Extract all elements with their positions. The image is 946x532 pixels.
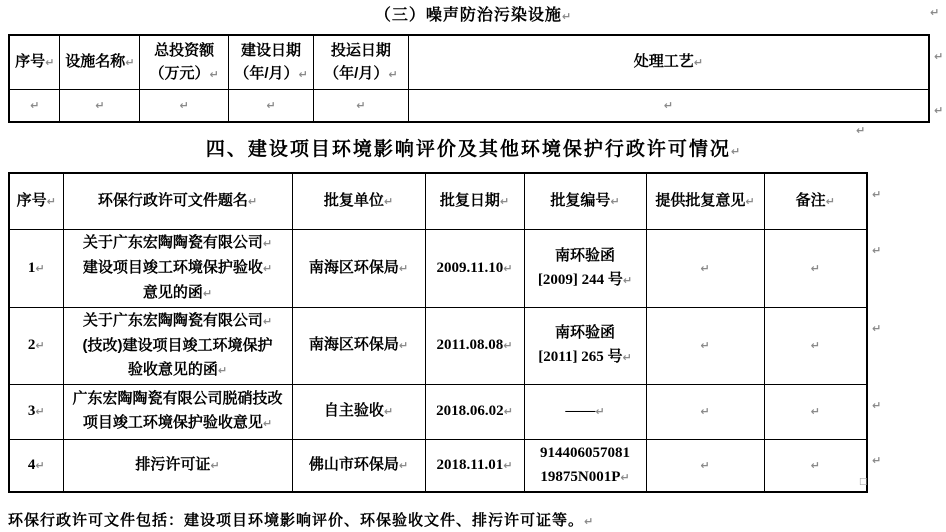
paragraph-mark: ↵ xyxy=(700,262,709,275)
empty-cell-total-investment: ↵ xyxy=(140,89,229,122)
paragraph-mark: ↵ xyxy=(35,339,44,352)
header-cell-approval-date: 批复日期↵ xyxy=(425,173,524,229)
cell-approval-date: 2009.11.10↵ xyxy=(425,229,524,307)
paragraph-mark: ↵ xyxy=(210,459,219,472)
paragraph-mark: ↵ xyxy=(811,339,820,352)
cell-permit-doc-title: 广东宏陶陶瓷有限公司脱硝技改项目竣工环境保护验收意见↵ xyxy=(63,384,292,439)
paragraph-mark: ↵ xyxy=(503,459,512,472)
header-cell-seq: 序号↵ xyxy=(9,35,60,89)
paragraph-mark: ↵ xyxy=(388,68,397,81)
paragraph-mark: ↵ xyxy=(125,56,134,69)
noise-table-empty-row: ↵ ↵ ↵ ↵ ↵ ↵ ↵ xyxy=(9,89,945,122)
paragraph-mark: ↵ xyxy=(623,274,632,287)
paragraph-mark: ↵ xyxy=(503,262,512,275)
paragraph-mark: ↵ xyxy=(35,459,44,472)
cell-approval-date: 2011.08.08↵ xyxy=(425,307,524,384)
paragraph-mark: ↵ xyxy=(934,104,943,117)
paragraph-mark: ↵ xyxy=(872,322,881,335)
paragraph-mark: ↵ xyxy=(934,50,943,63)
row-end-mark-cell: ↵ xyxy=(867,229,883,307)
cell-approval-agency: 南海区环保局↵ xyxy=(292,307,425,384)
row-end-mark-cell: ↵ xyxy=(867,173,883,229)
permits-table-row: 2↵ 关于广东宏陶陶瓷有限公司↵(技改)建设项目竣工环境保护验收意见的函↵ 南海… xyxy=(9,307,883,384)
header-cell-operation-date: 投运日期（年/月）↵ xyxy=(313,35,408,89)
paragraph-mark: ↵ xyxy=(384,195,393,208)
paragraph-mark: ↵ xyxy=(811,262,820,275)
paragraph-mark: ↵ xyxy=(218,364,227,377)
paragraph-mark: ↵ xyxy=(731,145,740,158)
cell-approval-number: 南环验函[2011] 265 号↵ xyxy=(524,307,646,384)
paragraph-mark: ↵ xyxy=(620,471,629,484)
header-cell-approval-opinion: 提供批复意见↵ xyxy=(646,173,764,229)
paragraph-mark: ↵ xyxy=(266,99,275,112)
empty-cell-seq: ↵ xyxy=(9,89,60,122)
paragraph-mark: ↵ xyxy=(700,339,709,352)
header-cell-total-investment: 总投资额（万元）↵ xyxy=(140,35,229,89)
paragraph-mark: ↵ xyxy=(263,262,272,275)
paragraph-mark: ↵ xyxy=(811,459,820,472)
paragraph-mark: ↵ xyxy=(872,454,881,467)
paragraph-mark: ↵ xyxy=(826,195,835,208)
paragraph-mark: ↵ xyxy=(248,195,257,208)
cell-approval-date: 2018.11.01↵ xyxy=(425,439,524,492)
paragraph-mark: ↵ xyxy=(872,244,881,257)
cell-permit-doc-title: 排污许可证↵ xyxy=(63,439,292,492)
header-cell-facility-name: 设施名称↵ xyxy=(60,35,140,89)
permits-table-row: 1↵ 关于广东宏陶陶瓷有限公司↵建设项目竣工环境保护验收↵意见的函↵ 南海区环保… xyxy=(9,229,883,307)
cell-seq: 3↵ xyxy=(9,384,63,439)
cell-approval-opinion: ↵ xyxy=(646,229,764,307)
header-cell-treatment-process: 处理工艺↵ xyxy=(408,35,929,89)
paragraph-mark: ↵ xyxy=(210,68,219,81)
cell-remarks: ↵ xyxy=(764,229,867,307)
row-end-mark-cell: ↵ xyxy=(867,384,883,439)
empty-cell-construction-date: ↵ xyxy=(229,89,314,122)
header-cell-permit-doc-title: 环保行政许可文件题名↵ xyxy=(63,173,292,229)
paragraph-mark: ↵ xyxy=(263,417,272,430)
paragraph-mark: ↵ xyxy=(45,56,54,69)
cell-approval-agency: 自主验收↵ xyxy=(292,384,425,439)
paragraph-mark: ↵ xyxy=(872,399,881,412)
row-end-mark-cell: ↵ xyxy=(929,35,945,89)
paragraph-mark: ↵ xyxy=(745,195,754,208)
noise-facilities-table: 序号↵ 设施名称↵ 总投资额（万元）↵ 建设日期（年/月）↵ 投运日期（年/月）… xyxy=(8,34,946,123)
cell-remarks: ↵ xyxy=(764,384,867,439)
paragraph-mark: ↵ xyxy=(811,405,820,418)
paragraph-mark: ↵ xyxy=(95,99,104,112)
cell-seq: 4↵ xyxy=(9,439,63,492)
paragraph-mark: ↵ xyxy=(298,68,307,81)
cell-approval-opinion: ↵ xyxy=(646,307,764,384)
empty-cell-treatment-process: ↵ xyxy=(408,89,929,122)
paragraph-mark: ↵ xyxy=(399,262,408,275)
header-cell-seq: 序号↵ xyxy=(9,173,63,229)
paragraph-mark: ↵ xyxy=(872,188,881,201)
empty-cell-operation-date: ↵ xyxy=(313,89,408,122)
paragraph-mark: ↵ xyxy=(700,405,709,418)
permits-table: 序号↵ 环保行政许可文件题名↵ 批复单位↵ 批复日期↵ 批复编号↵ 提供批复意见… xyxy=(8,172,884,493)
cell-approval-number: ——↵ xyxy=(524,384,646,439)
paragraph-mark: ↵ xyxy=(263,237,272,250)
empty-cell-facility-name: ↵ xyxy=(60,89,140,122)
cell-remarks: ↵ xyxy=(764,439,867,492)
paragraph-mark: ↵ xyxy=(694,56,703,69)
header-cell-approval-agency: 批复单位↵ xyxy=(292,173,425,229)
cell-approval-number: 南环验函[2009] 244 号↵ xyxy=(524,229,646,307)
cell-approval-opinion: ↵ xyxy=(646,384,764,439)
paragraph-mark: ↵ xyxy=(47,195,56,208)
section-noise-title: （三）噪声防治污染设施↵ xyxy=(0,5,946,28)
cell-approval-agency: 南海区环保局↵ xyxy=(292,229,425,307)
paragraph-mark: ↵ xyxy=(30,99,39,112)
paragraph-mark: ↵ xyxy=(562,10,571,23)
header-cell-construction-date: 建设日期（年/月）↵ xyxy=(229,35,314,89)
paragraph-mark: ↵ xyxy=(500,195,509,208)
cell-approval-agency: 佛山市环保局↵ xyxy=(292,439,425,492)
document-page: （三）噪声防治污染设施↵ ↵ 序号↵ 设施名称↵ 总投资额（万元）↵ 建设日期（… xyxy=(0,0,946,532)
cell-permit-doc-title: 关于广东宏陶陶瓷有限公司↵(技改)建设项目竣工环境保护验收意见的函↵ xyxy=(63,307,292,384)
cell-seq: 1↵ xyxy=(9,229,63,307)
cell-permit-doc-title: 关于广东宏陶陶瓷有限公司↵建设项目竣工环境保护验收↵意见的函↵ xyxy=(63,229,292,307)
paragraph-mark: ↵ xyxy=(584,515,593,528)
table-anchor-square-mark: □ xyxy=(859,478,868,487)
cell-approval-number: 91440605708119875N001P↵ xyxy=(524,439,646,492)
header-cell-approval-number: 批复编号↵ xyxy=(524,173,646,229)
paragraph-mark: ↵ xyxy=(35,405,44,418)
paragraph-mark: ↵ xyxy=(399,339,408,352)
row-end-mark-cell: ↵ xyxy=(867,307,883,384)
paragraph-mark: ↵ xyxy=(399,459,408,472)
paragraph-mark: ↵ xyxy=(622,351,631,364)
paragraph-mark: ↵ xyxy=(504,405,513,418)
paragraph-mark: ↵ xyxy=(263,315,272,328)
paragraph-mark: ↵ xyxy=(203,287,212,300)
paragraph-mark: ↵ xyxy=(180,99,189,112)
paragraph-mark: ↵ xyxy=(503,339,512,352)
cell-remarks: ↵ xyxy=(764,307,867,384)
paragraph-mark: ↵ xyxy=(856,124,865,137)
paragraph-mark: ↵ xyxy=(664,99,673,112)
paragraph-mark: ↵ xyxy=(356,99,365,112)
footer-note: 环保行政许可文件包括：建设项目环境影响评价、环保验收文件、排污许可证等。↵ xyxy=(8,511,946,532)
permits-table-header-row: 序号↵ 环保行政许可文件题名↵ 批复单位↵ 批复日期↵ 批复编号↵ 提供批复意见… xyxy=(9,173,883,229)
paragraph-mark: ↵ xyxy=(595,405,604,418)
paragraph-mark: ↵ xyxy=(35,262,44,275)
paragraph-mark: ↵ xyxy=(610,195,619,208)
section-permits-title: 四、建设项目环境影响评价及其他环境保护行政许可情况↵ xyxy=(0,137,946,165)
cell-approval-date: 2018.06.02↵ xyxy=(425,384,524,439)
paragraph-mark: ↵ xyxy=(384,405,393,418)
row-end-mark-cell: ↵ xyxy=(867,439,883,492)
noise-table-header-row: 序号↵ 设施名称↵ 总投资额（万元）↵ 建设日期（年/月）↵ 投运日期（年/月）… xyxy=(9,35,945,89)
paragraph-mark: ↵ xyxy=(700,459,709,472)
cell-seq: 2↵ xyxy=(9,307,63,384)
row-end-mark-cell: ↵ xyxy=(929,89,945,122)
permits-table-row: 4↵ 排污许可证↵ 佛山市环保局↵ 2018.11.01↵ 9144060570… xyxy=(9,439,883,492)
cell-approval-opinion: ↵ xyxy=(646,439,764,492)
header-cell-remarks: 备注↵ xyxy=(764,173,867,229)
line-end-paragraph-mark: ↵ xyxy=(930,6,939,19)
permits-table-row: 3↵ 广东宏陶陶瓷有限公司脱硝技改项目竣工环境保护验收意见↵ 自主验收↵ 201… xyxy=(9,384,883,439)
